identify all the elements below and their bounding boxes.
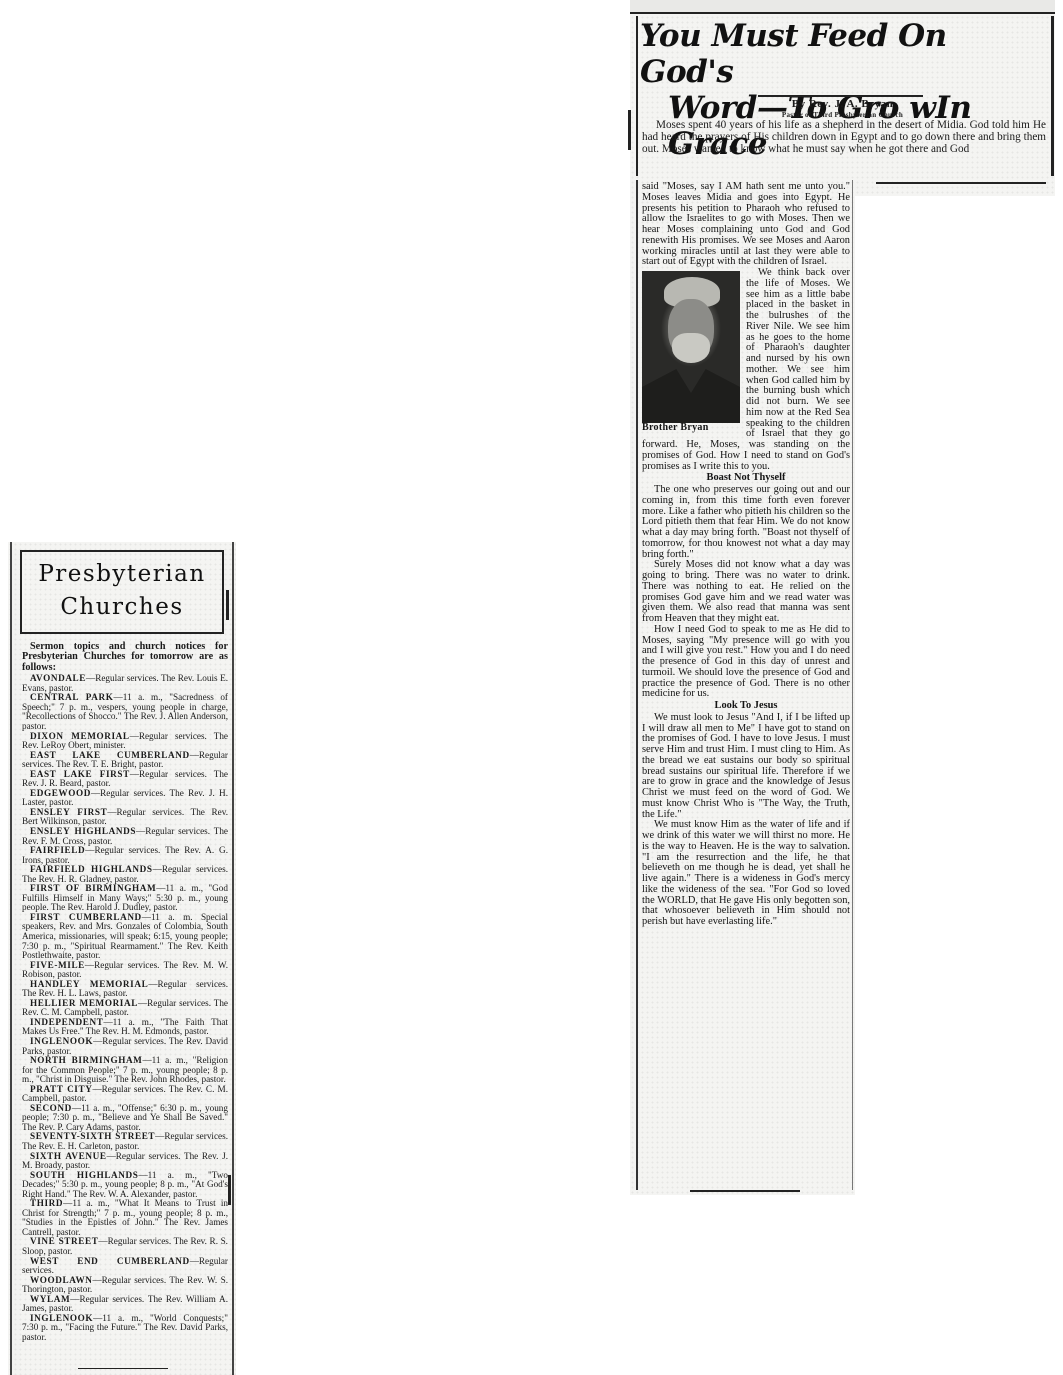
church-name: HELLIER MEMORIAL bbox=[30, 998, 138, 1008]
body-paragraph: The one who preserves our going out and … bbox=[642, 485, 850, 560]
church-name: SIXTH AVENUE bbox=[30, 1151, 107, 1161]
church-name: VINE STREET bbox=[30, 1236, 98, 1246]
church-entry: EAST LAKE CUMBERLAND—Regular services. T… bbox=[22, 751, 228, 770]
church-entry: HANDLEY MEMORIAL—Regular services. The R… bbox=[22, 980, 228, 999]
church-entry: PRATT CITY—Regular services. The Rev. C.… bbox=[22, 1085, 228, 1104]
church-entry: WYLAM—Regular services. The Rev. William… bbox=[22, 1295, 228, 1314]
church-name: EAST LAKE CUMBERLAND bbox=[30, 750, 190, 760]
body-paragraph: We must know Him as the water of life an… bbox=[642, 820, 850, 928]
church-name: ENSLEY HIGHLANDS bbox=[30, 826, 136, 836]
headline-rule bbox=[758, 95, 923, 97]
byline-title: Pastor of Third Presbyterian Church bbox=[630, 111, 1055, 119]
title-line-1: Presbyterian bbox=[22, 558, 222, 591]
column-rule bbox=[876, 182, 1046, 184]
church-listings-clipping: Presbyterian Churches Sermon topics and … bbox=[8, 542, 236, 1375]
church-name: EAST LAKE FIRST bbox=[30, 769, 130, 779]
church-name: SEVENTY-SIXTH STREET bbox=[30, 1131, 155, 1141]
church-name: ENSLEY FIRST bbox=[30, 807, 107, 817]
body-paragraph: Surely Moses did not know what a day was… bbox=[642, 560, 850, 625]
body-paragraph: We must look to Jesus "And I, if I be li… bbox=[642, 713, 850, 821]
church-name: FIVE-MILE bbox=[30, 960, 85, 970]
church-name: PRATT CITY bbox=[30, 1084, 92, 1094]
church-entry: INGLENOOK—11 a. m., "World Conquests;" 7… bbox=[22, 1314, 228, 1343]
headline-line-1: You Must Feed On God's bbox=[640, 18, 947, 90]
church-entry: HELLIER MEMORIAL—Regular services. The R… bbox=[22, 999, 228, 1018]
church-entry: SIXTH AVENUE—Regular services. The Rev. … bbox=[22, 1152, 228, 1171]
listings-title-box: Presbyterian Churches bbox=[20, 550, 224, 634]
church-entry: DIXON MEMORIAL—Regular services. The Rev… bbox=[22, 732, 228, 751]
church-entry: ENSLEY HIGHLANDS—Regular services. The R… bbox=[22, 827, 228, 846]
church-name: INDEPENDENT bbox=[30, 1017, 103, 1027]
clip-border-left bbox=[10, 542, 12, 1375]
title-line-2: Churches bbox=[22, 591, 222, 624]
church-entry: FIRST CUMBERLAND—11 a. m. Special speake… bbox=[22, 913, 228, 961]
church-entry: AVONDALE—Regular services. The Rev. Loui… bbox=[22, 674, 228, 693]
blank-area bbox=[855, 196, 1063, 1375]
church-entry: THIRD—11 a. m., "What It Means to Trust … bbox=[22, 1199, 228, 1237]
church-name: FIRST CUMBERLAND bbox=[30, 912, 142, 922]
church-name: FIRST OF BIRMINGHAM bbox=[30, 883, 156, 893]
end-rule bbox=[690, 1190, 800, 1192]
lede-paragraph: Moses spent 40 years of his life as a sh… bbox=[642, 120, 1046, 156]
church-entry: VINE STREET—Regular services. The Rev. R… bbox=[22, 1237, 228, 1256]
listings-intro: Sermon topics and church notices for Pre… bbox=[22, 642, 228, 673]
listings-body: Sermon topics and church notices for Pre… bbox=[22, 642, 228, 1343]
margin-bar bbox=[228, 1175, 231, 1205]
body-intro-paragraph: said "Moses, say I AM hath sent me unto … bbox=[642, 182, 850, 268]
subheading-boast-not-thyself: Boast Not Thyself bbox=[642, 473, 850, 484]
church-entries: AVONDALE—Regular services. The Rev. Loui… bbox=[22, 674, 228, 1342]
church-name: HANDLEY MEMORIAL bbox=[30, 979, 148, 989]
church-name: WOODLAWN bbox=[30, 1275, 92, 1285]
body-text: said "Moses, say I AM hath sent me unto … bbox=[642, 181, 850, 267]
church-entry: ENSLEY FIRST—Regular services. The Rev. … bbox=[22, 808, 228, 827]
church-entry: EAST LAKE FIRST—Regular services. The Re… bbox=[22, 770, 228, 789]
clip-border-right bbox=[232, 542, 234, 1375]
church-name: WYLAM bbox=[30, 1294, 70, 1304]
church-entry: EDGEWOOD—Regular services. The Rev. J. H… bbox=[22, 789, 228, 808]
church-entry: SOUTH HIGHLANDS—11 a. m., "Two Decades;"… bbox=[22, 1171, 228, 1200]
photo-caption: Brother Bryan bbox=[642, 423, 740, 434]
church-name: DIXON MEMORIAL bbox=[30, 731, 130, 741]
church-entry: FAIRFIELD—Regular services. The Rev. A. … bbox=[22, 846, 228, 865]
portrait-photo bbox=[642, 271, 740, 423]
church-name: INGLENOOK bbox=[30, 1036, 93, 1046]
church-name: INGLENOOK bbox=[30, 1313, 93, 1323]
church-name: SECOND bbox=[30, 1103, 72, 1113]
church-name: WEST END CUMBERLAND bbox=[30, 1256, 190, 1266]
church-entry: CENTRAL PARK—11 a. m., "Sacredness of Sp… bbox=[22, 693, 228, 731]
margin-bar bbox=[226, 590, 229, 620]
church-name: NORTH BIRMINGHAM bbox=[30, 1055, 142, 1065]
body-paragraph: How I need God to speak to me as He did … bbox=[642, 625, 850, 700]
church-entry: FAIRFIELD HIGHLANDS—Regular services. Th… bbox=[22, 865, 228, 884]
church-name: SOUTH HIGHLANDS bbox=[30, 1170, 138, 1180]
church-name: FAIRFIELD HIGHLANDS bbox=[30, 864, 153, 874]
church-entry: FIVE-MILE—Regular services. The Rev. M. … bbox=[22, 961, 228, 980]
article-lede: Moses spent 40 years of his life as a sh… bbox=[642, 120, 1046, 156]
church-entry: FIRST OF BIRMINGHAM—11 a. m., "God Fulfi… bbox=[22, 884, 228, 913]
church-entry: WOODLAWN—Regular services. The Rev. W. S… bbox=[22, 1276, 228, 1295]
subheading-look-to-jesus: Look To Jesus bbox=[642, 701, 850, 712]
church-name: THIRD bbox=[30, 1198, 63, 1208]
byline: By Rev. J. A. Bryan bbox=[630, 98, 1055, 110]
column-border-right bbox=[852, 180, 853, 1190]
margin-bar bbox=[628, 110, 631, 150]
church-name: EDGEWOOD bbox=[30, 788, 91, 798]
church-entry: INDEPENDENT—11 a. m., "The Faith That Ma… bbox=[22, 1018, 228, 1037]
church-name: CENTRAL PARK bbox=[30, 692, 114, 702]
church-entry: WEST END CUMBERLAND—Regular services. bbox=[22, 1257, 228, 1276]
article-body: said "Moses, say I AM hath sent me unto … bbox=[642, 182, 850, 928]
church-name: FAIRFIELD bbox=[30, 845, 85, 855]
church-name: AVONDALE bbox=[30, 673, 86, 683]
church-entry: NORTH BIRMINGHAM—11 a. m., "Religion for… bbox=[22, 1056, 228, 1085]
portrait-figure: Brother Bryan bbox=[642, 271, 740, 434]
top-border bbox=[630, 0, 1055, 14]
church-entry: INGLENOOK—Regular services. The Rev. Dav… bbox=[22, 1037, 228, 1056]
end-rule bbox=[78, 1368, 168, 1369]
church-entry: SEVENTY-SIXTH STREET—Regular services. T… bbox=[22, 1132, 228, 1151]
column-border-left bbox=[636, 180, 638, 1190]
church-entry: SECOND—11 a. m., "Offense;" 6:30 p. m., … bbox=[22, 1104, 228, 1133]
